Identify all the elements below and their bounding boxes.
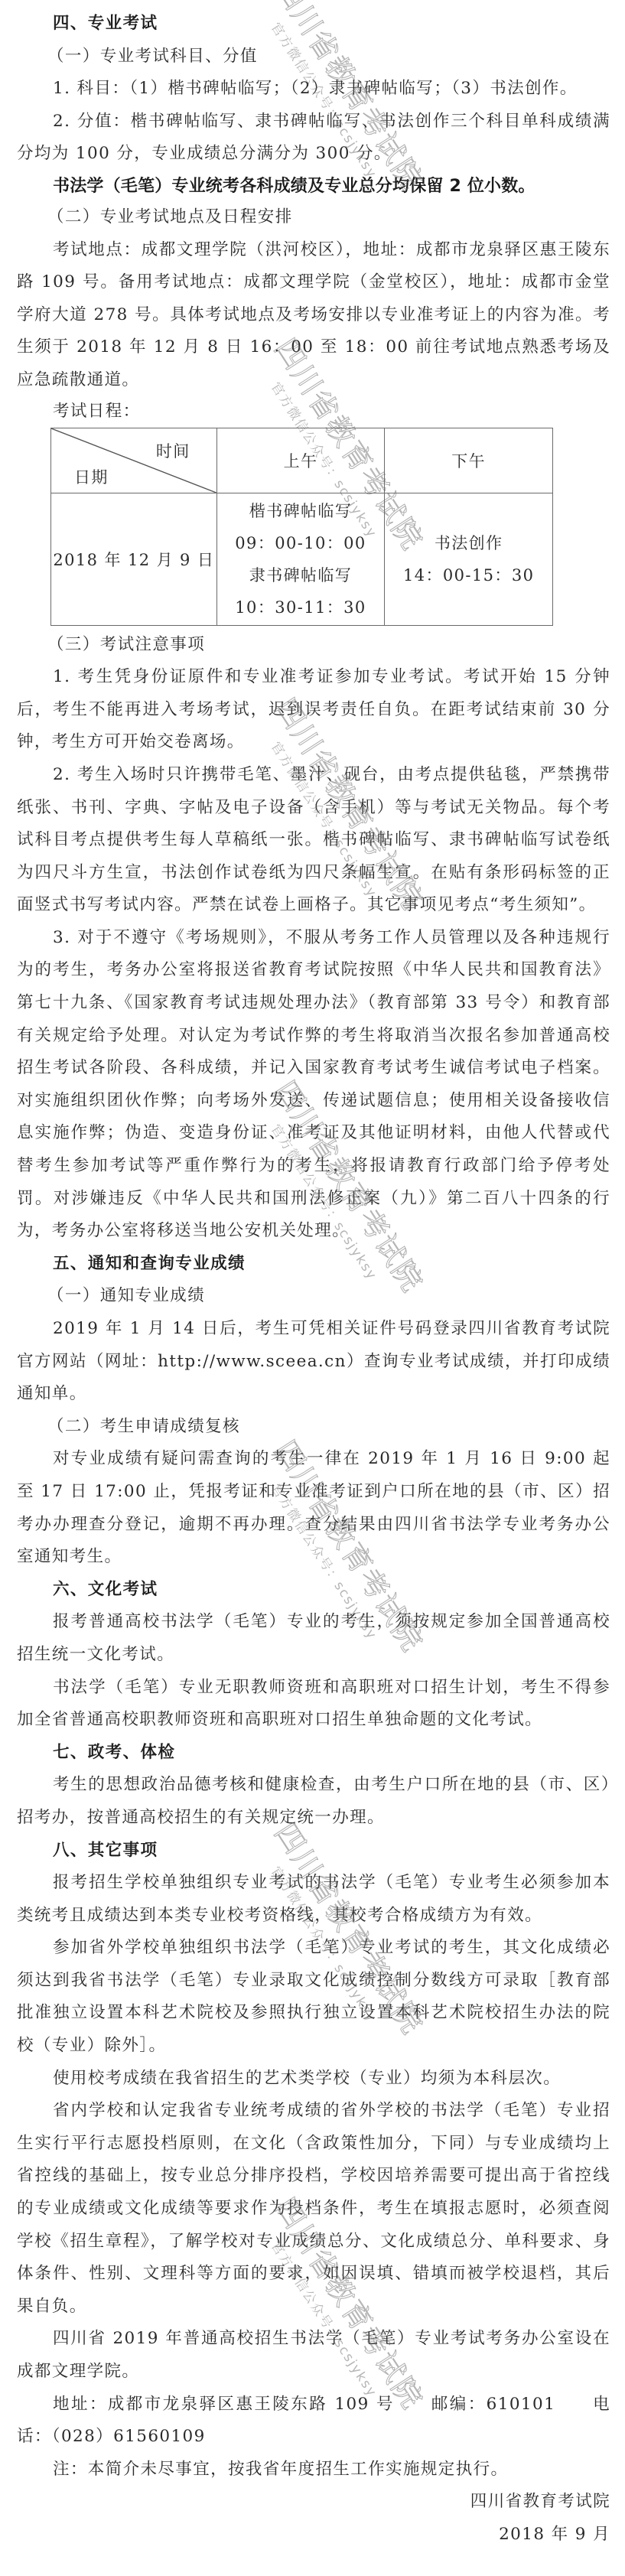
morning-time-1: 09：00-10：00	[217, 527, 385, 559]
table-row: 2018 年 12 月 9 日 楷书碑帖临写 09：00-10：00 隶书碑帖临…	[51, 493, 553, 625]
table-header-row: 时间 日期 上午 下午	[51, 428, 553, 493]
paragraph: 报考普通高校书法学（毛笔）专业的考生，须按规定参加全国普通高校招生统一文化考试。	[17, 1606, 610, 1671]
contact-address: 地址：成都市龙泉驿区惠王陵东路 109 号 邮编：610101 电话：（028）…	[17, 2389, 610, 2454]
paragraph: 2. 分值：楷书碑帖临写、隶书碑帖临写、书法创作三个科目单科成绩满分均为 100…	[17, 106, 610, 171]
paragraph: 报考招生学校单独组织专业考试的书法学（毛笔）专业考生必须参加本类统考且成绩达到本…	[17, 1867, 610, 1932]
footnote: 注：本简介未尽事宜，按我省年度招生工作实施规定执行。	[17, 2454, 610, 2486]
section-4-1-heading: （一）专业考试科目、分值	[17, 41, 610, 73]
paragraph: 书法学（毛笔）专业无职教师资班和高职班对口招生计划，考生不得参加全省普通高校职教…	[17, 1672, 610, 1737]
afternoon-time: 14：00-15：30	[385, 559, 552, 591]
diagonal-header-cell: 时间 日期	[51, 428, 217, 493]
morning-subject-1: 楷书碑帖临写	[217, 495, 385, 527]
section-4-2-heading: （二）专业考试地点及日程安排	[17, 201, 610, 234]
paragraph: 省内学校和认定我省专业统考成绩的省外学校的书法学（毛笔）专业招生实行平行志愿投档…	[17, 2095, 610, 2323]
signature-date: 2018 年 9 月	[17, 2519, 610, 2552]
section-4-heading: 四、专业考试	[17, 8, 610, 41]
morning-cell: 楷书碑帖临写 09：00-10：00 隶书碑帖临写 10：30-11：30	[216, 493, 385, 625]
date-cell: 2018 年 12 月 9 日	[51, 493, 217, 625]
paragraph: 1. 考生凭身份证原件和专业准考证参加专业考试。考试开始 15 分钟后，考生不能…	[17, 661, 610, 759]
section-8-heading: 八、其它事项	[17, 1835, 610, 1868]
decimal-note: 书法学（毛笔）专业统考各科成绩及专业总分均保留 2 位小数。	[17, 172, 610, 201]
paragraph: 使用校考成绩在我省招生的艺术类学校（专业）均须为本科层次。	[17, 2063, 610, 2096]
paragraph: 参加省外学校单独组织书法学（毛笔）专业考试的考生，其文化成绩必须达到我省书法学（…	[17, 1932, 610, 2062]
corner-label-time: 时间	[156, 439, 190, 462]
schedule-label: 考试日程：	[17, 397, 610, 426]
paragraph: 四川省 2019 年普通高校招生书法学（毛笔）专业考试考务办公室设在成都文理学院…	[17, 2323, 610, 2388]
column-header-afternoon: 下午	[385, 428, 553, 493]
document-page: 四、专业考试 （一）专业考试科目、分值 1. 科目：（1）楷书碑帖临写；（2）隶…	[17, 8, 610, 2552]
paragraph: 考生的思想政治品德考核和健康检查，由考生户口所在地的县（市、区）招考办，按普通高…	[17, 1769, 610, 1834]
section-4-3-heading: （三）考试注意事项	[17, 629, 610, 662]
exam-schedule-table: 时间 日期 上午 下午 2018 年 12 月 9 日 楷书碑帖临写 09：00…	[50, 428, 553, 626]
section-7-heading: 七、政考、体检	[17, 1737, 610, 1770]
column-header-morning: 上午	[216, 428, 385, 493]
paragraph: 考试地点：成都文理学院（洪河校区），地址：成都市龙泉驿区惠王陵东路 109 号。…	[17, 234, 610, 397]
section-5-2-heading: （二）考生申请成绩复核	[17, 1411, 610, 1444]
paragraph: 3. 对于不遵守《考场规则》，不服从考务工作人员管理以及各种违规行为的考生，考务…	[17, 922, 610, 1248]
corner-label-date: 日期	[74, 465, 109, 488]
afternoon-subject: 书法创作	[385, 527, 552, 559]
afternoon-cell: 书法创作 14：00-15：30	[385, 493, 553, 625]
section-5-1-heading: （一）通知专业成绩	[17, 1280, 610, 1313]
paragraph: 1. 科目：（1）楷书碑帖临写；（2）隶书碑帖临写；（3）书法创作。	[17, 73, 610, 106]
paragraph: 对专业成绩有疑问需查询的考生一律在 2019 年 1 月 16 日 9:00 起…	[17, 1443, 610, 1573]
paragraph: 2. 考生入场时只许携带毛笔、墨汁、砚台，由考点提供毡毯，严禁携带纸张、书刊、字…	[17, 759, 610, 922]
paragraph: 2019 年 1 月 14 日后，考生可凭相关证件号码登录四川省教育考试院官方网…	[17, 1313, 610, 1411]
section-6-heading: 六、文化考试	[17, 1574, 610, 1607]
section-5-heading: 五、通知和查询专业成绩	[17, 1248, 610, 1281]
signature-org: 四川省教育考试院	[17, 2486, 610, 2519]
morning-subject-2: 隶书碑帖临写	[217, 559, 385, 591]
morning-time-2: 10：30-11：30	[217, 591, 385, 624]
